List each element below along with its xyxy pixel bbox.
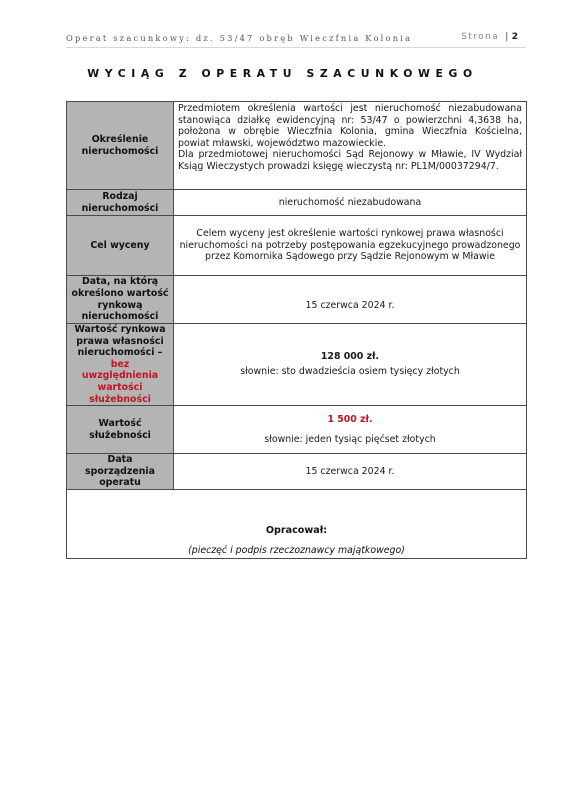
value-property-type: nieruchomość niezabudowana [174, 190, 527, 216]
label-market-value: Wartość rynkowa prawa własności nierucho… [67, 324, 174, 406]
summary-table: Określenie nieruchomości Przedmiotem okr… [66, 101, 527, 559]
property-land-register: Dla przedmiotowej nieruchomości Sąd Rejo… [178, 149, 522, 172]
row-signature: Opracował: (pieczęć i podpis rzeczoznawc… [67, 489, 527, 558]
value-market-value: 128 000 zł. słownie: sto dwadzieścia osi… [174, 324, 527, 406]
label-property-type: Rodzaj nieruchomości [67, 190, 174, 216]
property-description: Przedmiotem określenia wartości jest nie… [178, 103, 522, 149]
page-separator: | [505, 32, 509, 42]
row-purpose: Cel wyceny Celem wyceny jest określenie … [67, 216, 527, 276]
page-number: 2 [512, 32, 518, 42]
running-header: Operat szacunkowy: dz. 53/47 obręb Wiecz… [66, 33, 526, 48]
label-market-value-excluding: bez uwzględnienia wartości służebności [82, 359, 158, 405]
row-report-date: Data sporządzenia operatu 15 czerwca 202… [67, 454, 527, 490]
easement-value-words: słownie: jeden tysiąc pięćset złotych [178, 434, 522, 446]
page-label: Strona [461, 32, 499, 42]
value-valuation-date: 15 czerwca 2024 r. [174, 276, 527, 324]
page-indicator: Strona |2 [461, 32, 518, 42]
label-easement-value: Wartość służebności [67, 406, 174, 454]
label-property: Określenie nieruchomości [67, 102, 174, 190]
row-property-type: Rodzaj nieruchomości nieruchomość niezab… [67, 190, 527, 216]
signature-note: (pieczęć i podpis rzeczoznawcy majątkowe… [67, 545, 526, 557]
row-easement-value: Wartość służebności 1 500 zł. słownie: j… [67, 406, 527, 454]
label-market-value-main: Wartość rynkowa prawa własności nierucho… [74, 324, 165, 358]
signature-title: Opracował: [71, 525, 522, 537]
label-report-date: Data sporządzenia operatu [67, 454, 174, 490]
value-property: Przedmiotem określenia wartości jest nie… [174, 102, 527, 190]
row-market-value: Wartość rynkowa prawa własności nierucho… [67, 324, 527, 406]
row-property: Określenie nieruchomości Przedmiotem okr… [67, 102, 527, 190]
value-purpose: Celem wyceny jest określenie wartości ry… [174, 216, 527, 276]
signature-block: Opracował: (pieczęć i podpis rzeczoznawc… [67, 489, 527, 558]
market-value-amount: 128 000 zł. [178, 351, 522, 363]
value-easement-value: 1 500 zł. słownie: jeden tysiąc pięćset … [174, 406, 527, 454]
running-title: Operat szacunkowy: dz. 53/47 obręb Wiecz… [66, 33, 412, 43]
document-title: WYCIĄG Z OPERATU SZACUNKOWEGO [0, 67, 565, 80]
value-report-date: 15 czerwca 2024 r. [174, 454, 527, 490]
easement-value-amount: 1 500 zł. [178, 414, 522, 426]
label-valuation-date: Data, na którą określono wartość rynkową… [67, 276, 174, 324]
row-valuation-date: Data, na którą określono wartość rynkową… [67, 276, 527, 324]
label-purpose: Cel wyceny [67, 216, 174, 276]
market-value-words: słownie: sto dwadzieścia osiem tysięcy z… [178, 366, 522, 378]
